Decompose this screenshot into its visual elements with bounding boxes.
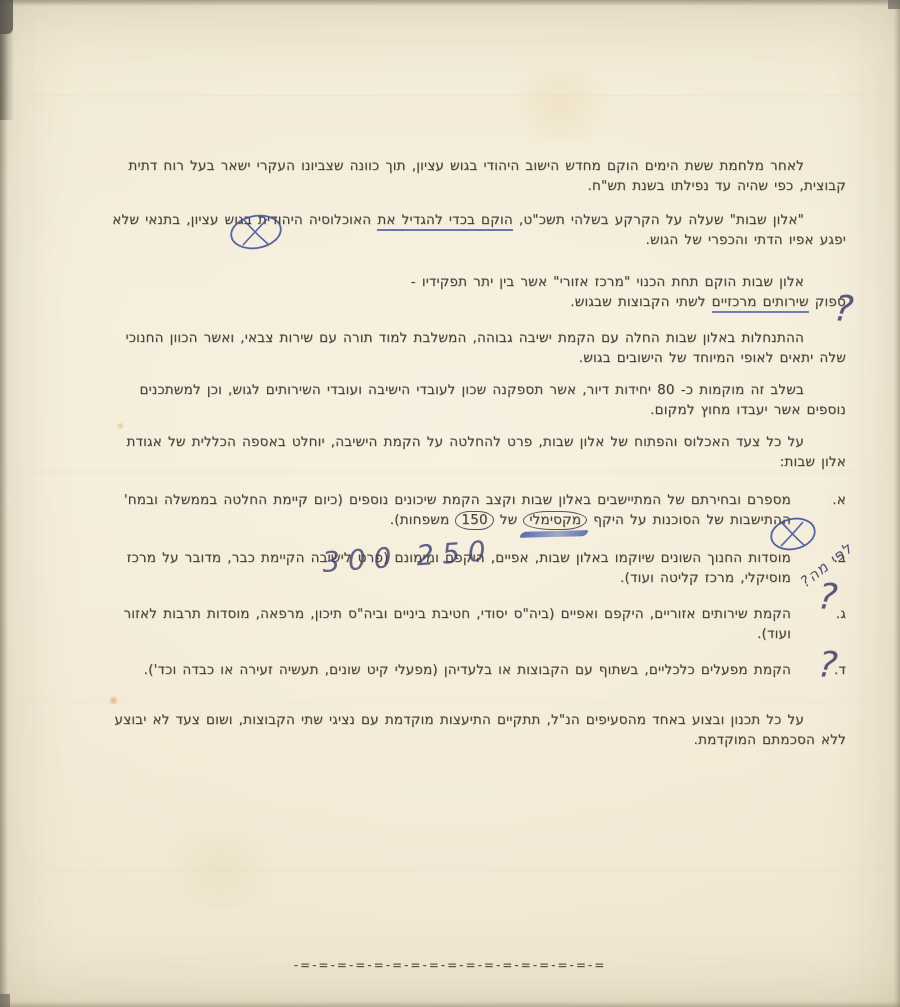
paragraph-yeshiva: ההתנחלות באלון שבות החלה עם הקמת ישיבה ג… [110, 328, 846, 368]
paragraph-3-text: לשתי הקבוצות שבגוש. [570, 294, 711, 310]
scan-corner-topright [888, 0, 900, 9]
list-item-alef: א. מספרם ובחירתם של המתיישבים באלון שבות… [110, 490, 846, 530]
scan-edge-top [0, 0, 900, 6]
scan-edge-right [894, 0, 900, 1007]
list-item-letter: א. [832, 490, 846, 510]
scan-edge-left-dark [0, 0, 14, 120]
list-item-text: משפחות). [390, 512, 456, 528]
scan-corner-topleft [0, 0, 13, 34]
typed-divider-line: -=-=-=-=-=-=-=-=-=-=-=-=-=-=-=-=-= [0, 958, 900, 972]
list-item-bet: ב. מוסדות החנוך השונים שיוקמו באלון שבות… [110, 548, 846, 588]
list-item-dalet: ד. הקמת מפעלים כלכליים, בשתוף עם הקבוצות… [110, 660, 846, 680]
stain-spot [150, 830, 290, 910]
pen-underlined-services: שירותים מרכזיים [712, 294, 809, 313]
list-item-letter: ג. [836, 604, 846, 624]
paragraph-closing: על כל תכנון ובצוע באחד מהסעיפים הנ"ל, תת… [110, 710, 846, 750]
paragraph-3-line2: ספוק שירותים מרכזיים לשתי הקבוצות שבגוש. [110, 292, 846, 312]
paragraph-alon-shvut-founding: "אלון שבות" שעלה על הקרקע בשלהי תשכ"ט, ה… [110, 210, 846, 250]
crease-line [0, 95, 900, 98]
paragraph-3-text: ספוק [809, 294, 846, 310]
list-item-text: מוסדות החנוך השונים שיוקמו באלון שבות, א… [127, 550, 791, 586]
pen-circled-number: 150 [455, 511, 493, 530]
list-item-text: הקמת מפעלים כלכליים, בשתוף עם הקבוצות או… [144, 662, 791, 678]
paragraph-2-text: "אלון שבות" שעלה על הקרקע בשלהי תשכ"ט, [513, 212, 804, 228]
scan-corner-bottomleft [0, 994, 10, 1007]
document-text-block: לאחר מלחמת ששת הימים הוקם מחדש הישוב היה… [110, 156, 846, 750]
list-item-gimel: ג. הקמת שירותים אזוריים, היקפם ואפיים (ב… [110, 604, 846, 644]
list-item-text: של [494, 512, 524, 528]
crease-line [0, 940, 900, 943]
list-item-text: הקמת שירותים אזוריים, היקפם ואפיים (ביה"… [123, 606, 791, 642]
paragraph-opening: לאחר מלחמת ששת הימים הוקם מחדש הישוב היה… [110, 156, 846, 196]
crease-line [30, 0, 33, 1007]
scan-edge-bottom [0, 1001, 900, 1007]
paragraph-3-line1: אלון שבות הוקם תחת הכנוי "מרכז אזורי" אש… [110, 272, 846, 292]
paragraph-housing-units: בשלב זה מוקמות כ- 80 יחידות דיור, אשר תס… [110, 380, 846, 420]
list-item-letter: ב. [834, 548, 847, 568]
crease-line [860, 0, 863, 1007]
paragraph-assembly-decision: על כל צעד האכלוס והפתוח של אלון שבות, פר… [110, 432, 846, 472]
scanned-document-page: לאחר מלחמת ששת הימים הוקם מחדש הישוב היה… [0, 0, 900, 1007]
stain-spot [500, 70, 620, 140]
paragraph-regional-center: אלון שבות הוקם תחת הכנוי "מרכז אזורי" אש… [110, 272, 846, 312]
crease-line [0, 868, 900, 871]
scan-edge-left [0, 0, 8, 1007]
pen-circled-word: מקסימלי [523, 511, 587, 530]
pen-underlined-text: הוקם בכדי להגדיל את [377, 212, 513, 231]
list-item-letter: ד. [834, 660, 846, 680]
